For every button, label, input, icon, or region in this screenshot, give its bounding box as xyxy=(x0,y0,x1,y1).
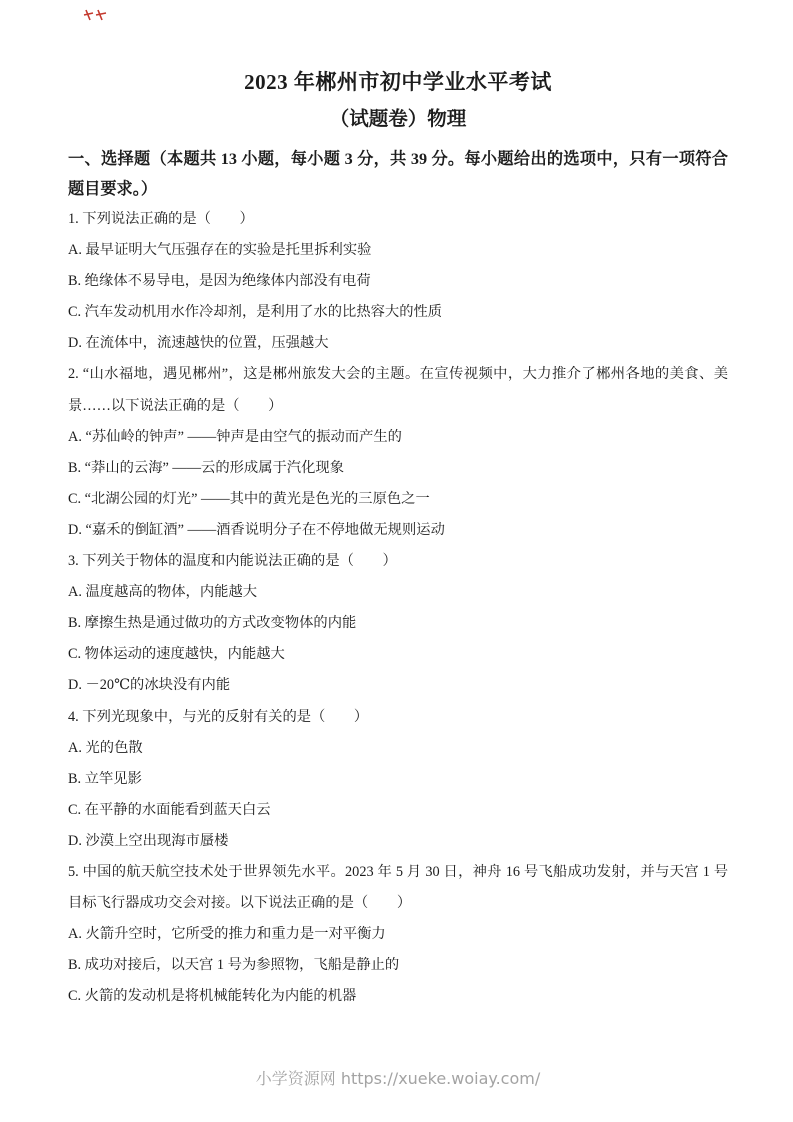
question-2-option-d: D. “嘉禾的倒缸酒” ——酒香说明分子在不停地做无规则运动 xyxy=(68,515,728,546)
section-heading: 一、选择题（本题共 13 小题，每小题 3 分，共 39 分。每小题给出的选项中… xyxy=(68,145,728,204)
question-1-stem: 1. 下列说法正确的是（ ） xyxy=(68,204,728,235)
question-3-option-d: D. －20℃的冰块没有内能 xyxy=(68,670,728,701)
question-3: 3. 下列关于物体的温度和内能说法正确的是（ ） A. 温度越高的物体，内能越大… xyxy=(68,546,728,701)
question-2-option-b: B. “莽山的云海” ——云的形成属于汽化现象 xyxy=(68,453,728,484)
question-1-option-a: A. 最早证明大气压强存在的实验是托里拆利实验 xyxy=(68,235,728,266)
red-scribble-icon xyxy=(83,7,109,23)
watermark-footer: 小学资源网 https://xueke.woiay.com/ xyxy=(68,1067,728,1091)
question-5: 5. 中国的航天航空技术处于世界领先水平。2023 年 5 月 30 日，神舟 … xyxy=(68,857,728,1012)
question-5-option-c: C. 火箭的发动机是将机械能转化为内能的机器 xyxy=(68,981,728,1012)
question-4-option-c: C. 在平静的水面能看到蓝天白云 xyxy=(68,795,728,826)
questions-list: 1. 下列说法正确的是（ ） A. 最早证明大气压强存在的实验是托里拆利实验 B… xyxy=(68,204,728,1012)
question-5-stem: 5. 中国的航天航空技术处于世界领先水平。2023 年 5 月 30 日，神舟 … xyxy=(68,857,728,919)
question-3-option-a: A. 温度越高的物体，内能越大 xyxy=(68,577,728,608)
exam-subtitle: （试题卷）物理 xyxy=(68,107,728,133)
question-2-option-a: A. “苏仙岭的钟声” ——钟声是由空气的振动而产生的 xyxy=(68,422,728,453)
question-2-option-c: C. “北湖公园的灯光” ——其中的黄光是色光的三原色之一 xyxy=(68,484,728,515)
exam-paper-page: 2023 年郴州市初中学业水平考试 （试题卷）物理 一、选择题（本题共 13 小… xyxy=(0,0,793,1091)
question-1: 1. 下列说法正确的是（ ） A. 最早证明大气压强存在的实验是托里拆利实验 B… xyxy=(68,204,728,359)
question-4-option-d: D. 沙漠上空出现海市蜃楼 xyxy=(68,826,728,857)
question-3-option-b: B. 摩擦生热是通过做功的方式改变物体的内能 xyxy=(68,608,728,639)
red-corner-marks xyxy=(83,7,109,23)
question-1-option-b: B. 绝缘体不易导电，是因为绝缘体内部没有电荷 xyxy=(68,266,728,297)
question-5-option-b: B. 成功对接后，以天宫 1 号为参照物，飞船是静止的 xyxy=(68,950,728,981)
question-4-stem: 4. 下列光现象中，与光的反射有关的是（ ） xyxy=(68,702,728,733)
question-4-option-a: A. 光的色散 xyxy=(68,733,728,764)
question-4-option-b: B. 立竿见影 xyxy=(68,764,728,795)
question-2-stem: 2. “山水福地，遇见郴州”，这是郴州旅发大会的主题。在宣传视频中，大力推介了郴… xyxy=(68,359,728,421)
question-3-option-c: C. 物体运动的速度越快，内能越大 xyxy=(68,639,728,670)
question-2: 2. “山水福地，遇见郴州”，这是郴州旅发大会的主题。在宣传视频中，大力推介了郴… xyxy=(68,359,728,546)
question-1-option-c: C. 汽车发动机用水作冷却剂，是利用了水的比热容大的性质 xyxy=(68,297,728,328)
question-5-option-a: A. 火箭升空时，它所受的推力和重力是一对平衡力 xyxy=(68,919,728,950)
exam-title: 2023 年郴州市初中学业水平考试 xyxy=(68,69,728,96)
question-1-option-d: D. 在流体中，流速越快的位置，压强越大 xyxy=(68,328,728,359)
watermark-text: 小学资源网 https://xueke.woiay.com/ xyxy=(256,1069,540,1088)
question-4: 4. 下列光现象中，与光的反射有关的是（ ） A. 光的色散 B. 立竿见影 C… xyxy=(68,702,728,857)
question-3-stem: 3. 下列关于物体的温度和内能说法正确的是（ ） xyxy=(68,546,728,577)
